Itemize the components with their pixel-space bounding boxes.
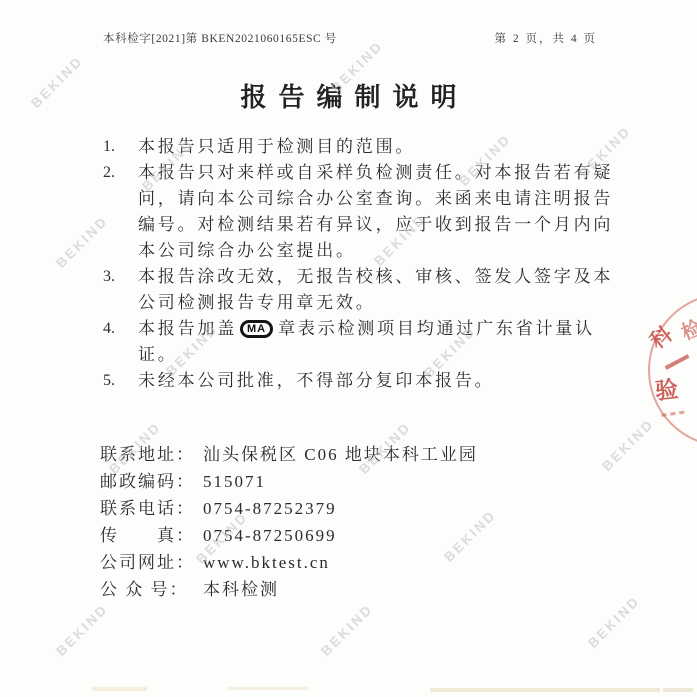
contact-value: www.bktest.cn <box>203 549 330 576</box>
contact-label: 传 真： <box>100 522 197 549</box>
contact-wechat-row: 公 众 号：本科检测 <box>100 576 478 603</box>
page-title: 报告编制说明 <box>0 77 697 114</box>
item-text-line: 本公司综合办公室提出。 <box>138 238 623 264</box>
contact-value: 本科检测 <box>203 576 279 603</box>
scan-artifact <box>228 687 308 690</box>
item-text-line: 问，请向本公司综合办公室查询。来函来电请注明报告 <box>138 186 623 212</box>
item-text-before-logo: 本报告加盖 <box>138 319 237 338</box>
contact-label: 联系电话： <box>100 495 197 522</box>
watermark-text: BEKIND <box>53 601 111 659</box>
item-number: 4. <box>103 316 138 342</box>
scan-artifact <box>663 688 693 692</box>
contact-website-row: 公司网址：www.bktest.cn <box>100 549 478 576</box>
notes-list: 1. 本报告只适用于检测目的范围。 2. 本报告只对来样或自采样负检测责任。对本… <box>103 134 623 394</box>
contact-label: 公司网址： <box>100 549 197 576</box>
list-item: 5. 未经本公司批准，不得部分复印本报告。 <box>103 368 623 394</box>
item-text-line: 本报告只对来样或自采样负检测责任。对本报告若有疑 <box>138 160 623 186</box>
list-item: 3. 本报告涂改无效，无报告校核、审核、签发人签字及本 公司检测报告专用章无效。 <box>103 264 623 316</box>
contact-phone-row: 联系电话：0754-87252379 <box>100 495 478 522</box>
item-number: 5. <box>103 368 138 394</box>
contact-value: 0754-87250699 <box>203 522 337 549</box>
item-text-line: 本报告涂改无效，无报告校核、审核、签发人签字及本 <box>138 264 623 290</box>
contact-postcode-row: 邮政编码：515071 <box>100 468 478 495</box>
contact-info: 联系地址：汕头保税区 C06 地块本科工业园 邮政编码：515071 联系电话：… <box>100 441 478 603</box>
contact-value: 0754-87252379 <box>203 495 337 522</box>
contact-value: 汕头保税区 C06 地块本科工业园 <box>203 441 478 468</box>
scan-artifact <box>92 687 147 691</box>
page-indicator: 第 2 页，共 4 页 <box>495 30 598 46</box>
item-text-line: 公司检测报告专用章无效。 <box>138 290 623 316</box>
contact-fax-row: 传 真：0754-87250699 <box>100 522 478 549</box>
item-text-line: 本报告只适用于检测目的范围。 <box>138 134 623 160</box>
contact-label: 联系地址： <box>100 441 197 468</box>
list-item: 2. 本报告只对来样或自采样负检测责任。对本报告若有疑 问，请向本公司综合办公室… <box>103 160 623 264</box>
watermark-text: BEKIND <box>318 601 376 659</box>
contact-label: 公 众 号： <box>100 576 197 603</box>
contact-label: 邮政编码： <box>100 468 197 495</box>
list-item: 1. 本报告只适用于检测目的范围。 <box>103 134 623 160</box>
list-item: 4. 本报告加盖MA章表示检测项目均通过广东省计量认 证。 <box>103 316 623 368</box>
item-text-line: 未经本公司批准，不得部分复印本报告。 <box>138 368 623 394</box>
document-number: 本科检字[2021]第 BKEN2021060165ESC 号 <box>103 30 337 46</box>
item-text-after-logo: 章表示检测项目均通过广东省计量认 <box>278 319 595 338</box>
red-seal-small-marks <box>660 400 689 422</box>
report-page: BEKINDBEKINDBEKINDBEKINDBEKINDBEKINDBEKI… <box>0 0 697 697</box>
watermark-text: BEKIND <box>585 593 643 651</box>
item-number: 2. <box>103 160 138 186</box>
item-text-line: 本报告加盖MA章表示检测项目均通过广东省计量认 <box>138 316 623 342</box>
item-number: 1. <box>103 134 138 160</box>
item-number: 3. <box>103 264 138 290</box>
item-text-line: 证。 <box>138 342 623 368</box>
scan-artifact <box>430 688 660 692</box>
cma-certification-icon: MA <box>240 320 273 338</box>
contact-value: 515071 <box>203 468 266 495</box>
cma-logo-letters: MA <box>247 323 266 335</box>
contact-address-row: 联系地址：汕头保税区 C06 地块本科工业园 <box>100 441 478 468</box>
watermark-text: BEKIND <box>599 416 657 474</box>
item-text-line: 编号。对检测结果若有异议，应于收到报告一个月内向 <box>138 212 623 238</box>
